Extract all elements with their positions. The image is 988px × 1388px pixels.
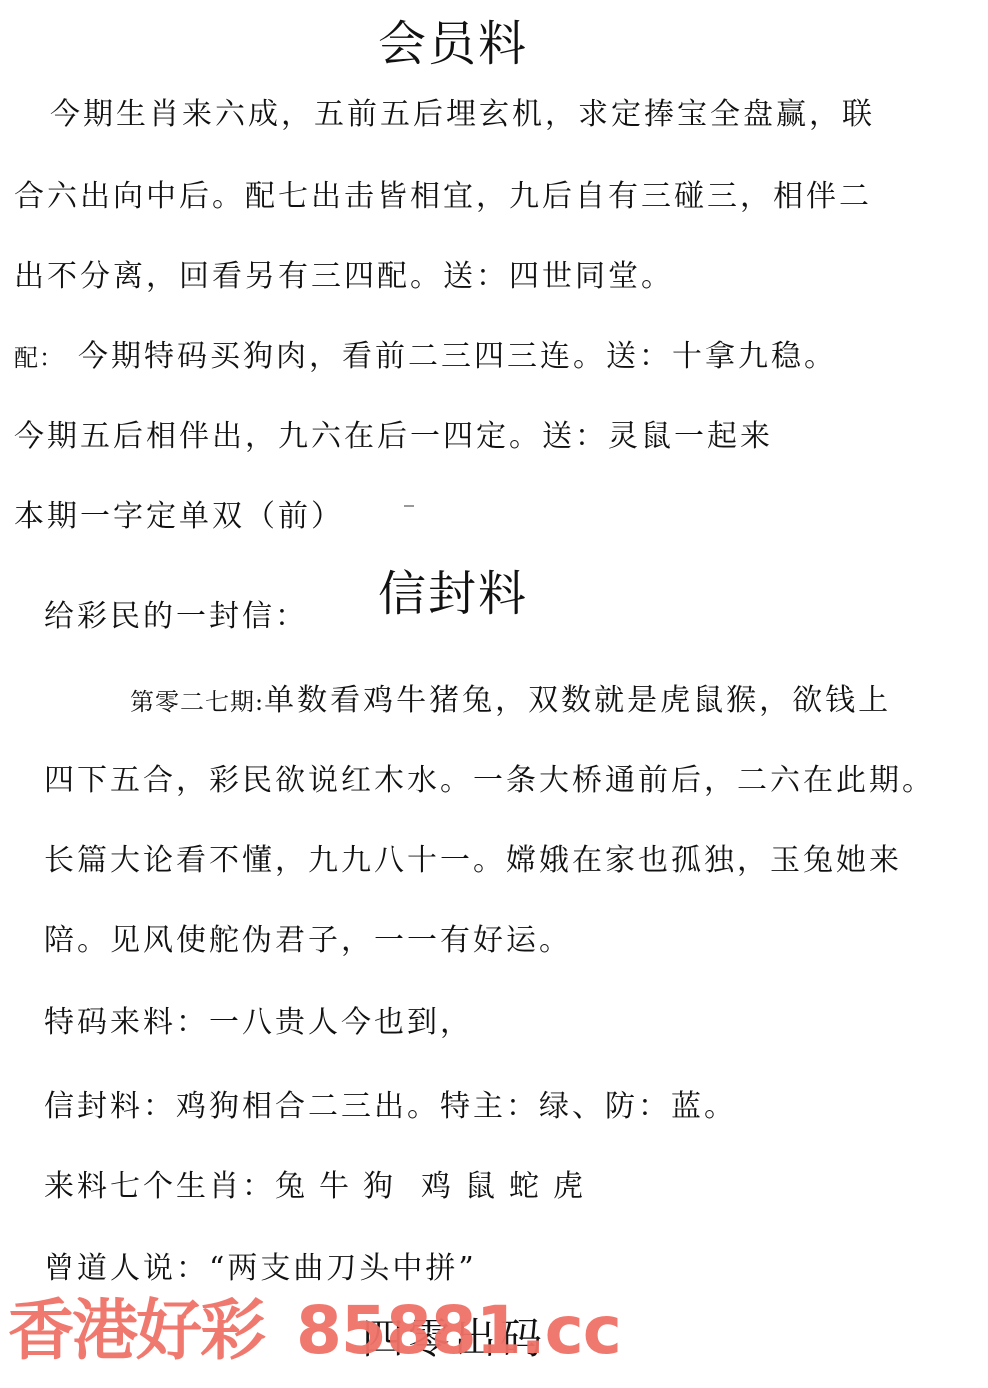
member-line-2: 合六出向中后。配七出击皆相宜，九后自有三碰三，相伴二 xyxy=(14,182,872,212)
pei-label: 配： xyxy=(14,344,64,372)
zodiac-5: 鼠 xyxy=(465,1169,509,1204)
member-material-title: 会员料 xyxy=(378,20,528,68)
zeng-daoren-line: 曾道人说：“两支曲刀头中拼” xyxy=(44,1254,477,1284)
zodiac-6: 蛇 xyxy=(509,1169,553,1204)
watermark-brand: 香港好彩 xyxy=(8,1292,264,1369)
member-line-1: 今期生肖来六成，五前五后埋玄机，求定捧宝全盘赢，联 xyxy=(50,100,875,130)
pei-line: 配：今期特码买狗肉，看前二三四三连。送：十拿九稳。 xyxy=(14,342,837,372)
scan-mark xyxy=(404,505,414,507)
zodiac-7: 虎 xyxy=(553,1169,597,1204)
letter-line-3: 长篇大论看不懂，九九八十一。嫦娥在家也孤独，玉兔她来 xyxy=(44,846,902,876)
watermark-url: 85881.cc xyxy=(296,1292,621,1369)
letter-line-1-text: 单数看鸡牛猪兔，双数就是虎鼠猴，欲钱上 xyxy=(264,683,891,718)
seven-zodiac-line: 来料七个生肖：兔牛狗鸡鼠蛇虎 xyxy=(44,1172,597,1202)
site-watermark: 香港好彩85881.cc xyxy=(8,1298,621,1364)
letter-line-2: 四下五合，彩民欲说红木水。一条大桥通前后，二六在此期。 xyxy=(44,766,935,796)
letter-intro: 给彩民的一封信： xyxy=(44,602,308,632)
zodiac-2: 牛 xyxy=(319,1169,363,1204)
issue-label: 第零二七期: xyxy=(130,688,264,716)
zodiac-1: 兔 xyxy=(275,1169,319,1204)
tema-line: 特码来料：一八贵人今也到， xyxy=(44,1008,473,1038)
member-line-3: 出不分离，回看另有三四配。送：四世同堂。 xyxy=(14,262,674,292)
envelope-material-title: 信封料 xyxy=(378,570,528,618)
pei-text: 今期特码买狗肉，看前二三四三连。送：十拿九稳。 xyxy=(78,339,837,374)
member-line-5: 今期五后相伴出，九六在后一四定。送：灵鼠一起来 xyxy=(14,422,773,452)
xinfeng-line: 信封料：鸡狗相合二三出。特主：绿、防：蓝。 xyxy=(44,1092,737,1122)
zodiac-3: 狗 xyxy=(363,1169,407,1204)
letter-line-1: 第零二七期:单数看鸡牛猪兔，双数就是虎鼠猴，欲钱上 xyxy=(130,686,891,716)
member-line-6: 本期一字定单双（前） xyxy=(14,502,344,532)
seven-zodiac-label: 来料七个生肖： xyxy=(44,1169,275,1204)
letter-line-4: 陪。见风使舵伪君子，一一有好运。 xyxy=(44,926,572,956)
document-page: 会员料 今期生肖来六成，五前五后埋玄机，求定捧宝全盘赢，联 合六出向中后。配七出… xyxy=(0,0,988,1388)
zodiac-4: 鸡 xyxy=(421,1169,465,1204)
